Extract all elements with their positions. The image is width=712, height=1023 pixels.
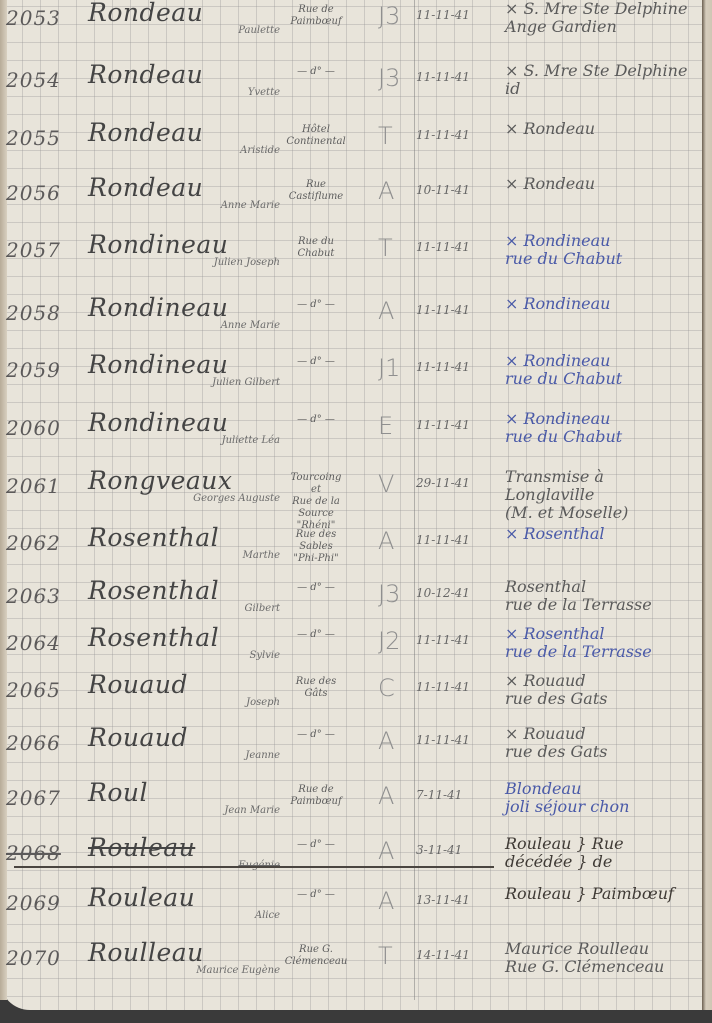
- entry-surname: Rosenthal: [88, 623, 278, 652]
- entry-given-names: Gilbert: [140, 603, 280, 614]
- entry-category: V: [378, 470, 412, 498]
- entry-surname: Rondeau: [88, 60, 278, 89]
- entry-date: 3-11-41: [416, 843, 496, 857]
- entry-given-names: Joseph: [140, 697, 280, 708]
- register-page: 2053 Rondeau Paulette Rue de Paimbœuf J3…: [0, 0, 712, 1010]
- register-entry: 2057 Rondineau Julien Joseph Rue du Chab…: [0, 232, 700, 290]
- entry-number: 2059: [6, 358, 86, 382]
- entry-date: 11-11-41: [416, 240, 496, 254]
- entry-address: — d° —: [276, 889, 356, 901]
- entry-given-names: Juliette Léa: [140, 435, 280, 446]
- entry-address: Rue Castiflume: [276, 179, 356, 203]
- entry-number: 2066: [6, 731, 86, 755]
- entry-surname: Rouaud: [88, 670, 278, 699]
- register-entry: 2062 Rosenthal Marthe Rue des Sables "Ph…: [0, 525, 700, 583]
- entry-surname: Rongveaux: [88, 466, 278, 495]
- entry-date: 11-11-41: [416, 70, 496, 84]
- entry-number: 2068: [6, 841, 86, 865]
- register-entry: 2060 Rondineau Juliette Léa — d° — E 11-…: [0, 410, 700, 468]
- entry-given-names: Georges Auguste: [140, 493, 280, 504]
- register-entry: 2065 Rouaud Joseph Rue des Gâts C 11-11-…: [0, 672, 700, 730]
- register-entry: 2055 Rondeau Aristide Hôtel Continental …: [0, 120, 700, 178]
- register-entry: 2054 Rondeau Yvette — d° — J3 11-11-41 ×…: [0, 62, 700, 120]
- entry-note: × Rondeau: [505, 120, 705, 138]
- entry-note: × Rosenthal rue de la Terrasse: [505, 625, 705, 661]
- entry-number: 2069: [6, 891, 86, 915]
- register-entry: 2056 Rondeau Anne Marie Rue Castiflume A…: [0, 175, 700, 233]
- entry-surname: Rondeau: [88, 0, 278, 27]
- entry-date: 11-11-41: [416, 733, 496, 747]
- entry-date: 7-11-41: [416, 788, 496, 802]
- entry-number: 2054: [6, 68, 86, 92]
- entry-category: A: [378, 177, 412, 205]
- entry-note: Rosenthal rue de la Terrasse: [505, 578, 705, 614]
- entry-note: × S. Mre Ste Delphine id: [505, 62, 705, 98]
- entry-note: × Rondineau rue du Chabut: [505, 410, 705, 446]
- entry-date: 13-11-41: [416, 893, 496, 907]
- entry-address: — d° —: [276, 299, 356, 311]
- register-entry: 2061 Rongveaux Georges Auguste Tourcoing…: [0, 468, 700, 526]
- entry-surname: Rosenthal: [88, 523, 278, 552]
- entry-date: 11-11-41: [416, 680, 496, 694]
- entry-category: C: [378, 674, 412, 702]
- entry-date: 11-11-41: [416, 418, 496, 432]
- entry-number: 2056: [6, 181, 86, 205]
- entry-number: 2067: [6, 786, 86, 810]
- entry-address: Rue de Paimbœuf: [276, 4, 356, 28]
- register-entry: 2059 Rondineau Julien Gilbert — d° — J1 …: [0, 352, 700, 410]
- entry-note: Transmise à Longlaville (M. et Moselle): [505, 468, 705, 522]
- entry-given-names: Anne Marie: [140, 320, 280, 331]
- entry-address: Rue G. Clémenceau: [276, 944, 356, 968]
- entry-number: 2062: [6, 531, 86, 555]
- entry-surname: Rouleau: [88, 883, 278, 912]
- entry-given-names: Paulette: [140, 25, 280, 36]
- entry-surname: Roul: [88, 778, 278, 807]
- entry-note: × Rondineau: [505, 295, 705, 313]
- entry-date: 11-11-41: [416, 360, 496, 374]
- entry-surname: Rouleau: [88, 833, 278, 862]
- entry-surname: Rondineau: [88, 350, 278, 379]
- entry-address: Rue du Chabut: [276, 236, 356, 260]
- entry-address: — d° —: [276, 629, 356, 641]
- entry-address: Rue de Paimbœuf: [276, 784, 356, 808]
- entry-number: 2057: [6, 238, 86, 262]
- entry-date: 11-11-41: [416, 533, 496, 547]
- entry-note: × Rondineau rue du Chabut: [505, 232, 705, 268]
- entry-surname: Rondineau: [88, 293, 278, 322]
- entry-address: — d° —: [276, 66, 356, 78]
- entry-category: J3: [378, 2, 412, 30]
- entry-date: 29-11-41: [416, 476, 496, 490]
- register-entry: 2066 Rouaud Jeanne — d° — A 11-11-41 × R…: [0, 725, 700, 783]
- register-entry: 2053 Rondeau Paulette Rue de Paimbœuf J3…: [0, 0, 700, 58]
- register-entry: 2070 Roulleau Maurice Eugène Rue G. Clém…: [0, 940, 700, 998]
- entry-category: J2: [378, 627, 412, 655]
- entry-date: 11-11-41: [416, 303, 496, 317]
- entry-surname: Roulleau: [88, 938, 278, 967]
- entry-category: A: [378, 837, 412, 865]
- entry-category: E: [378, 412, 412, 440]
- entry-note: × Rosenthal: [505, 525, 705, 543]
- entry-address: — d° —: [276, 839, 356, 851]
- entry-surname: Rosenthal: [88, 576, 278, 605]
- entry-category: A: [378, 782, 412, 810]
- entry-given-names: Jeanne: [140, 750, 280, 761]
- entry-address: — d° —: [276, 729, 356, 741]
- entry-category: T: [378, 942, 412, 970]
- entry-surname: Rondineau: [88, 230, 278, 259]
- entry-given-names: Sylvie: [140, 650, 280, 661]
- entry-number: 2070: [6, 946, 86, 970]
- entry-given-names: Julien Gilbert: [140, 377, 280, 388]
- entry-given-names: Julien Joseph: [140, 257, 280, 268]
- entry-address: — d° —: [276, 582, 356, 594]
- entry-note: Rouleau } Paimbœuf: [505, 885, 705, 903]
- entry-category: J3: [378, 64, 412, 92]
- entry-surname: Rouaud: [88, 723, 278, 752]
- entry-given-names: Yvette: [140, 87, 280, 98]
- entry-address: — d° —: [276, 414, 356, 426]
- entry-note: × Rouaud rue des Gats: [505, 672, 705, 708]
- entry-number: 2055: [6, 126, 86, 150]
- entry-date: 14-11-41: [416, 948, 496, 962]
- entry-category: A: [378, 297, 412, 325]
- entry-address: Tourcoing et Rue de la Source "Rhéni": [276, 472, 356, 532]
- entry-given-names: Jean Marie: [140, 805, 280, 816]
- register-entry: 2058 Rondineau Anne Marie — d° — A 11-11…: [0, 295, 700, 353]
- entry-address: Rue des Sables "Phi-Phi": [276, 529, 356, 565]
- strikethrough-line: [14, 866, 494, 868]
- entry-date: 10-12-41: [416, 586, 496, 600]
- entry-note: × Rondeau: [505, 175, 705, 193]
- entry-note: Maurice Roulleau Rue G. Clémenceau: [505, 940, 705, 976]
- entry-category: T: [378, 122, 412, 150]
- entry-note: × S. Mre Ste Delphine Ange Gardien: [505, 0, 705, 36]
- entry-date: 11-11-41: [416, 633, 496, 647]
- entry-surname: Rondeau: [88, 118, 278, 147]
- entry-date: 11-11-41: [416, 128, 496, 142]
- entry-category: J1: [378, 354, 412, 382]
- entry-date: 11-11-41: [416, 8, 496, 22]
- entry-note: Blondeau joli séjour chon: [505, 780, 705, 816]
- register-entry: 2069 Rouleau Alice — d° — A 13-11-41 Rou…: [0, 885, 700, 943]
- entry-given-names: Marthe: [140, 550, 280, 561]
- entry-given-names: Alice: [140, 910, 280, 921]
- entry-category: T: [378, 234, 412, 262]
- entry-given-names: Anne Marie: [140, 200, 280, 211]
- entry-number: 2058: [6, 301, 86, 325]
- entry-number: 2060: [6, 416, 86, 440]
- entry-note: × Rondineau rue du Chabut: [505, 352, 705, 388]
- entry-note: × Rouaud rue des Gats: [505, 725, 705, 761]
- entry-category: A: [378, 527, 412, 555]
- entry-surname: Rondineau: [88, 408, 278, 437]
- entry-number: 2053: [6, 6, 86, 30]
- entry-given-names: Aristide: [140, 145, 280, 156]
- entry-category: A: [378, 727, 412, 755]
- entry-category: A: [378, 887, 412, 915]
- entry-address: Rue des Gâts: [276, 676, 356, 700]
- entry-note: Rouleau } Rue décédée } de: [505, 835, 705, 871]
- entry-category: J3: [378, 580, 412, 608]
- entry-date: 10-11-41: [416, 183, 496, 197]
- entry-number: 2063: [6, 584, 86, 608]
- entry-address: Hôtel Continental: [276, 124, 356, 148]
- register-entry: 2067 Roul Jean Marie Rue de Paimbœuf A 7…: [0, 780, 700, 838]
- entry-number: 2065: [6, 678, 86, 702]
- entry-address: — d° —: [276, 356, 356, 368]
- entry-number: 2064: [6, 631, 86, 655]
- entry-number: 2061: [6, 474, 86, 498]
- entry-given-names: Maurice Eugène: [140, 965, 280, 976]
- entry-surname: Rondeau: [88, 173, 278, 202]
